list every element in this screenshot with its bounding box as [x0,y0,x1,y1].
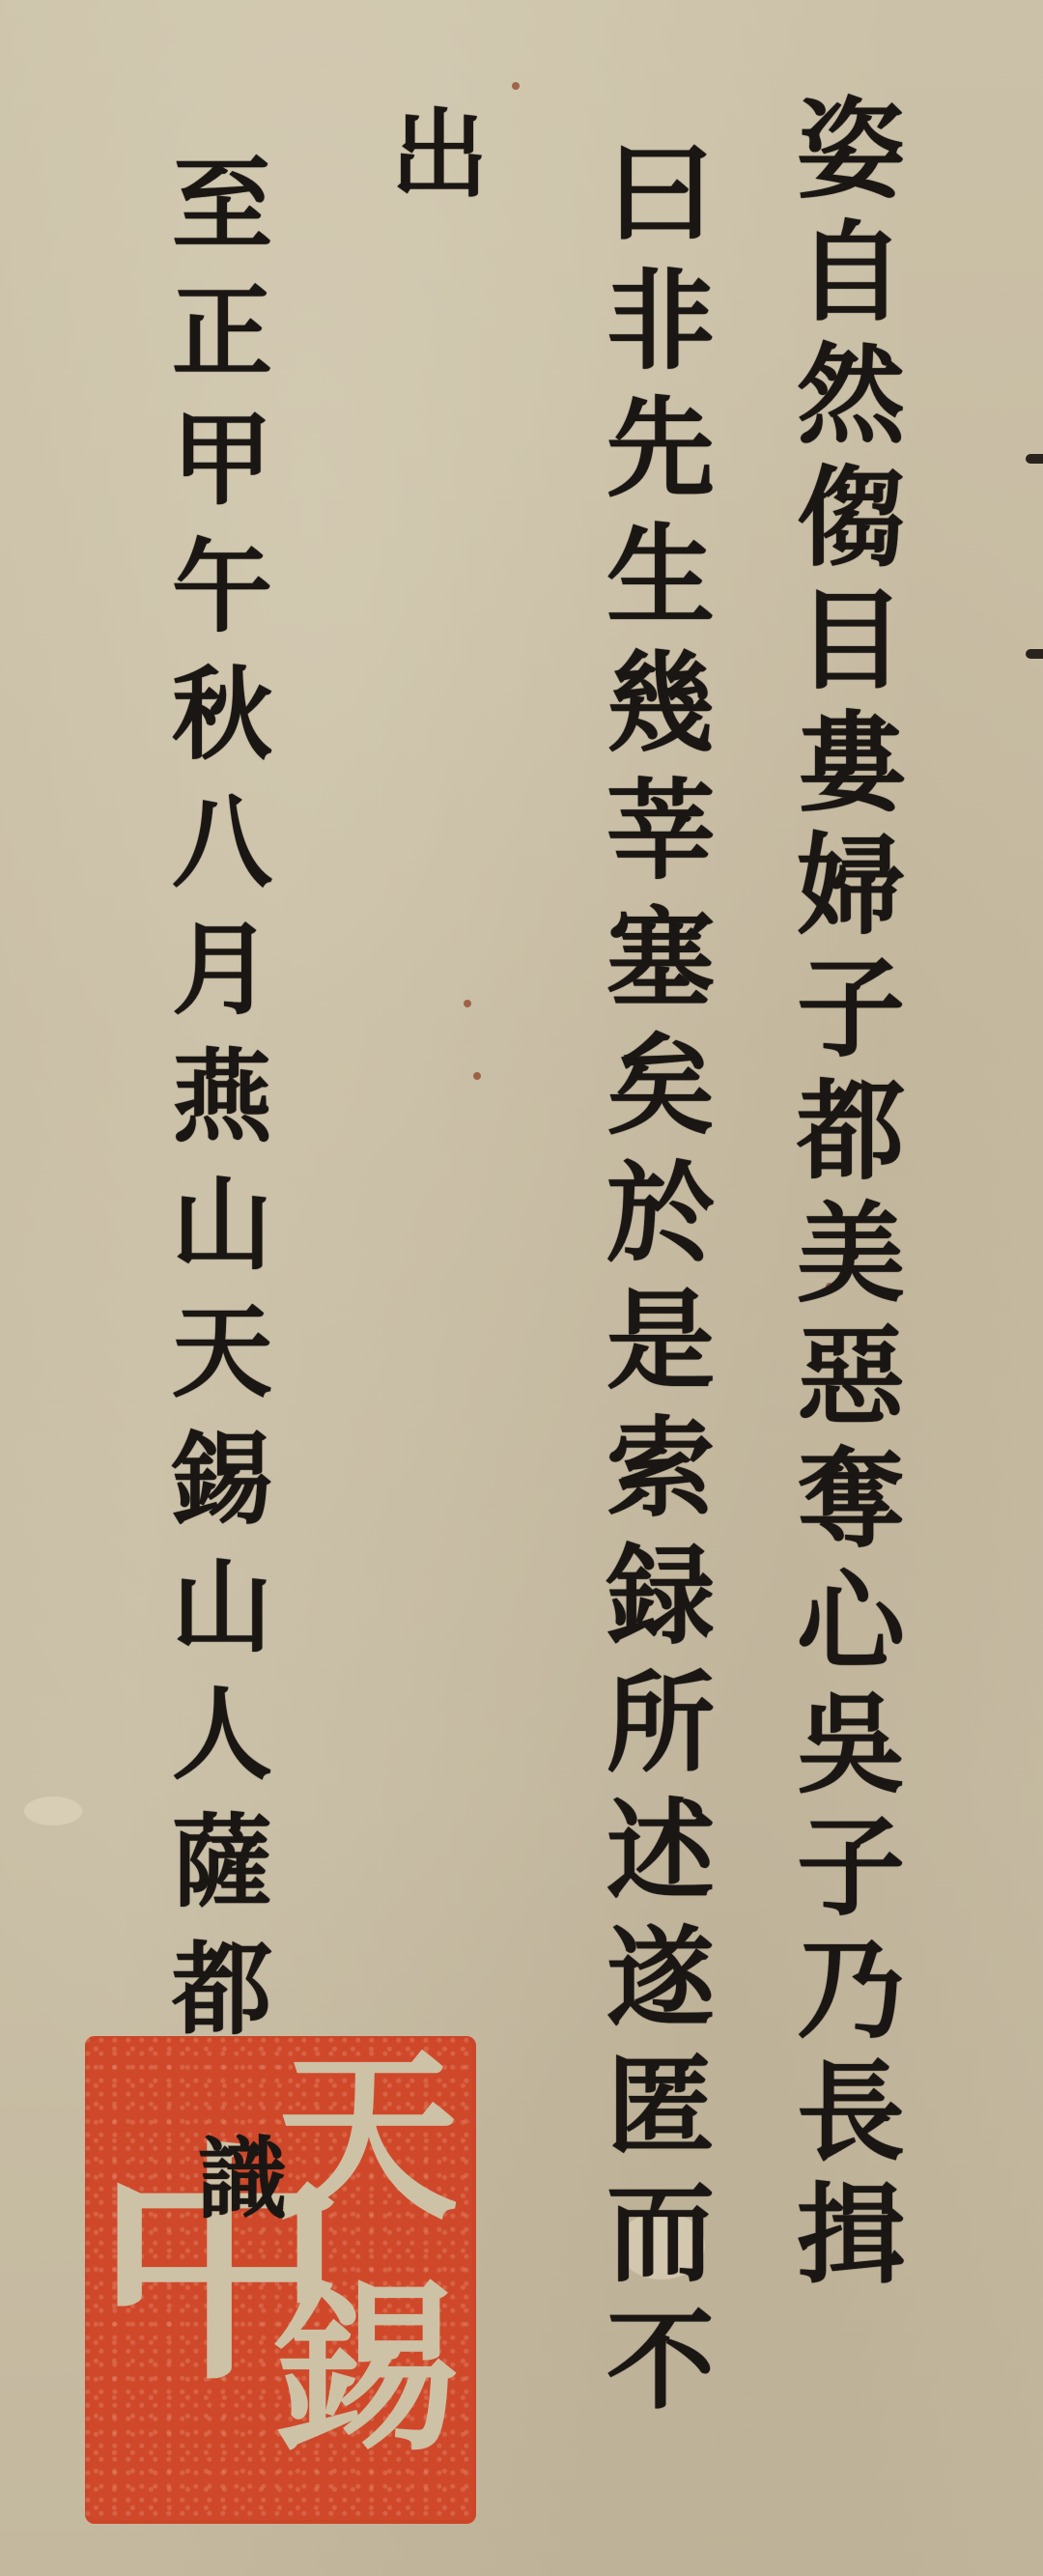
character: 惡 [797,1323,905,1446]
character: 先 [606,395,715,523]
ink-spot [473,1072,481,1080]
character: 遂 [606,1925,715,2052]
character: 美 [797,1201,905,1323]
character: 山 [172,1557,272,1684]
character: 曰 [606,140,715,268]
character: 秋 [172,665,272,792]
calligraphy-sheet: 姿 自 然 㑳 目 婁 婦 子 都 美 惡 奪 心 吳 子 乃 長 揖 曰 非 … [0,0,1043,2576]
character: 匿 [606,2052,715,2180]
character: 婦 [797,833,905,955]
character: 録 [606,1543,715,1670]
character: 人 [172,1684,272,1812]
character: 月 [172,920,272,1047]
character: 午 [172,537,272,665]
character: 不 [606,2307,715,2435]
character: 而 [606,2180,715,2307]
character: 山 [172,1175,272,1302]
character: 莘 [606,778,715,905]
text-column-3: 出 [391,106,488,203]
character: 矣 [606,1033,715,1160]
character: 長 [797,2059,905,2182]
text-column-2: 曰 非 先 生 幾 莘 塞 矣 於 是 索 録 所 述 遂 匿 而 不 [606,140,715,2435]
character: 索 [606,1415,715,1543]
adjacent-column-fragment [1026,454,1043,464]
character: 婁 [797,710,905,833]
character: 乃 [797,1937,905,2059]
character: 薩 [172,1812,272,1939]
paper-stain [24,1797,82,1826]
character: 子 [797,1814,905,1937]
character: 八 [172,792,272,920]
character: 奪 [797,1446,905,1569]
character: 都 [797,1078,905,1201]
character: 燕 [172,1047,272,1175]
character: 是 [606,1288,715,1415]
character: 於 [606,1160,715,1288]
ink-spot [464,1000,471,1007]
character: 吳 [797,1691,905,1814]
ink-spot [512,82,520,90]
character: 塞 [606,905,715,1033]
character: 子 [797,955,905,1078]
character: 然 [797,342,905,465]
red-seal-stamp: 天 錫 中 [85,2036,476,2524]
character: 姿 [797,97,905,219]
character: 述 [606,1798,715,1925]
character: 目 [797,587,905,710]
character: 識 [198,2135,287,2223]
text-column-1: 姿 自 然 㑳 目 婁 婦 子 都 美 惡 奪 心 吳 子 乃 長 揖 [797,97,905,2305]
character: 正 [172,282,272,410]
character: 甲 [172,410,272,537]
character: 至 [172,155,272,282]
adjacent-column-fragment [1026,649,1043,659]
character: 所 [606,1670,715,1798]
character: 心 [797,1569,905,1691]
character: 出 [391,106,488,203]
character: 錫 [172,1430,272,1557]
character: 非 [606,268,715,395]
character: 天 [172,1302,272,1430]
character: 㑳 [797,465,905,587]
character: 生 [606,523,715,650]
signature-column: 至 正 甲 午 秋 八 月 燕 山 天 錫 山 人 薩 都 剌 [172,155,272,2194]
signature-final-char: 識 [198,2135,287,2223]
character: 幾 [606,650,715,778]
character: 揖 [797,2182,905,2305]
character: 自 [797,219,905,342]
